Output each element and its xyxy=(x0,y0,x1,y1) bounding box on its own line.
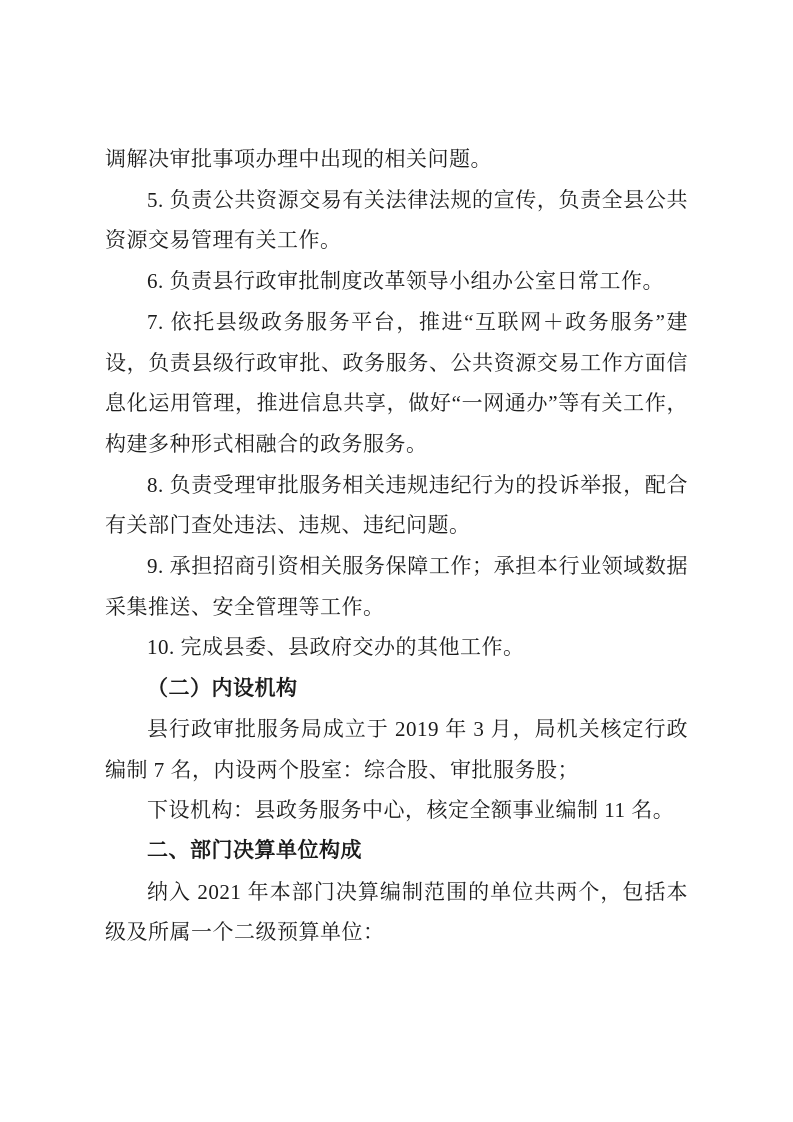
duty-item-9: 9. 承担招商引资相关服务保障工作；承担本行业领域数据采集推送、安全管理等工作。 xyxy=(105,546,688,627)
section-heading-internal-structure: （二）内设机构 xyxy=(105,668,688,709)
duty-item-10: 10. 完成县委、县政府交办的其他工作。 xyxy=(105,627,688,668)
paragraph-org-establishment: 县行政审批服务局成立于 2019 年 3 月，局机关核定行政编制 7 名，内设两… xyxy=(105,709,688,790)
document-page: 调解决审批事项办理中出现的相关问题。 5. 负责公共资源交易有关法律法规的宣传，… xyxy=(0,0,793,1122)
duty-item-6: 6. 负责县行政审批制度改革领导小组办公室日常工作。 xyxy=(105,261,688,302)
paragraph-continuation: 调解决审批事项办理中出现的相关问题。 xyxy=(105,139,688,180)
paragraph-unit-scope: 纳入 2021 年本部门决算编制范围的单位共两个，包括本级及所属一个二级预算单位… xyxy=(105,872,688,953)
document-body: 调解决审批事项办理中出现的相关问题。 5. 负责公共资源交易有关法律法规的宣传，… xyxy=(105,139,688,953)
paragraph-subordinate-org: 下设机构：县政务服务中心，核定全额事业编制 11 名。 xyxy=(105,790,688,831)
duty-item-7: 7. 依托县级政务服务平台，推进“互联网＋政务服务”建设，负责县级行政审批、政务… xyxy=(105,302,688,465)
section-heading-unit-composition: 二、部门决算单位构成 xyxy=(105,831,688,872)
duty-item-8: 8. 负责受理审批服务相关违规违纪行为的投诉举报，配合有关部门查处违法、违规、违… xyxy=(105,465,688,546)
duty-item-5: 5. 负责公共资源交易有关法律法规的宣传，负责全县公共资源交易管理有关工作。 xyxy=(105,180,688,261)
